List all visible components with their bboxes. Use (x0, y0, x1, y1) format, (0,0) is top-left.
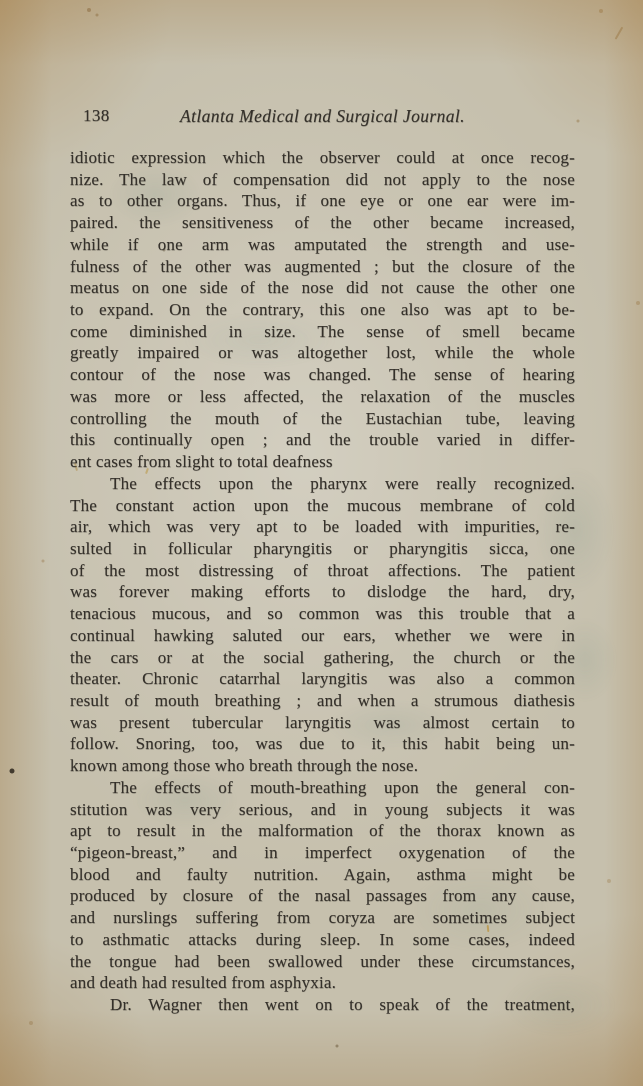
text-line: to expand. On the contrary, this one als… (70, 299, 575, 321)
text-line: The effects upon the pharynx were really… (70, 473, 575, 495)
text-line: controlling the mouth of the Eustachian … (70, 408, 575, 430)
paragraph: Dr. Wagner then went on to speak of the … (70, 994, 575, 1016)
paper-fiber (615, 27, 623, 40)
page-number: 138 (83, 106, 110, 126)
text-line: while if one arm was amputated the stren… (70, 234, 575, 256)
running-head: 138 Atlanta Medical and Surgical Journal… (70, 106, 575, 132)
text-line: to asthmatic attacks during sleep. In so… (70, 929, 575, 951)
text-line: theater. Chronic catarrhal laryngitis wa… (70, 668, 575, 690)
text-line: blood and faulty nutrition. Again, asthm… (70, 864, 575, 886)
paper-specks (0, 0, 2, 2)
text-line: come diminished in size. The sense of sm… (70, 321, 575, 343)
text-line: of the most distressing of throat affect… (70, 560, 575, 582)
text-line: fulness of the other was augmented ; but… (70, 256, 575, 278)
text-line: apt to result in the malformation of the… (70, 820, 575, 842)
paragraph: The effects of mouth-breathing upon the … (70, 777, 575, 994)
text-line: The effects of mouth-breathing upon the … (70, 777, 575, 799)
journal-title: Atlanta Medical and Surgical Journal. (180, 106, 465, 126)
text-line: and nurslings suffering from coryza are … (70, 907, 575, 929)
text-line: air, which was very apt to be loaded wit… (70, 516, 575, 538)
text-line: and death had resulted from asphyxia. (70, 972, 575, 994)
text-line: tenacious mucous, and so common was this… (70, 603, 575, 625)
text-line: paired. the sensitiveness of the other b… (70, 212, 575, 234)
text-line: the cars or at the social gathering, the… (70, 647, 575, 669)
page-body: idiotic expression which the observer co… (70, 147, 575, 1016)
text-line: continual hawking saluted our ears, whet… (70, 625, 575, 647)
text-line: this continually open ; and the trouble … (70, 429, 575, 451)
text-line: Dr. Wagner then went on to speak of the … (70, 994, 575, 1016)
paragraph: The effects upon the pharynx were really… (70, 473, 575, 777)
text-line: produced by closure of the nasal passage… (70, 885, 575, 907)
text-line: ent cases from slight to total deafness (70, 451, 575, 473)
text-line: was forever making efforts to dislodge t… (70, 581, 575, 603)
text-line: as to other organs. Thus, if one eye or … (70, 190, 575, 212)
text-line: “pigeon-breast,” and in imperfect oxygen… (70, 842, 575, 864)
text-line: stitution was very serious, and in young… (70, 799, 575, 821)
text-line: meatus on one side of the nose did not c… (70, 277, 575, 299)
scanned-page: 138 Atlanta Medical and Surgical Journal… (0, 0, 643, 1086)
text-line: the tongue had been swallowed under thes… (70, 951, 575, 973)
text-line: result of mouth breathing ; and when a s… (70, 690, 575, 712)
text-line: was more or less affected, the relaxatio… (70, 386, 575, 408)
text-line: follow. Snoring, too, was due to it, thi… (70, 733, 575, 755)
text-line: was present tubercular laryngitis was al… (70, 712, 575, 734)
text-line: idiotic expression which the observer co… (70, 147, 575, 169)
text-line: greatly impaired or was altogether lost,… (70, 342, 575, 364)
text-line: The constant action upon the mucous memb… (70, 495, 575, 517)
paragraph: idiotic expression which the observer co… (70, 147, 575, 473)
text-line: contour of the nose was changed. The sen… (70, 364, 575, 386)
text-line: sulted in follicular pharyngitis or phar… (70, 538, 575, 560)
text-line: nize. The law of compensation did not ap… (70, 169, 575, 191)
text-line: known among those who breath through the… (70, 755, 575, 777)
